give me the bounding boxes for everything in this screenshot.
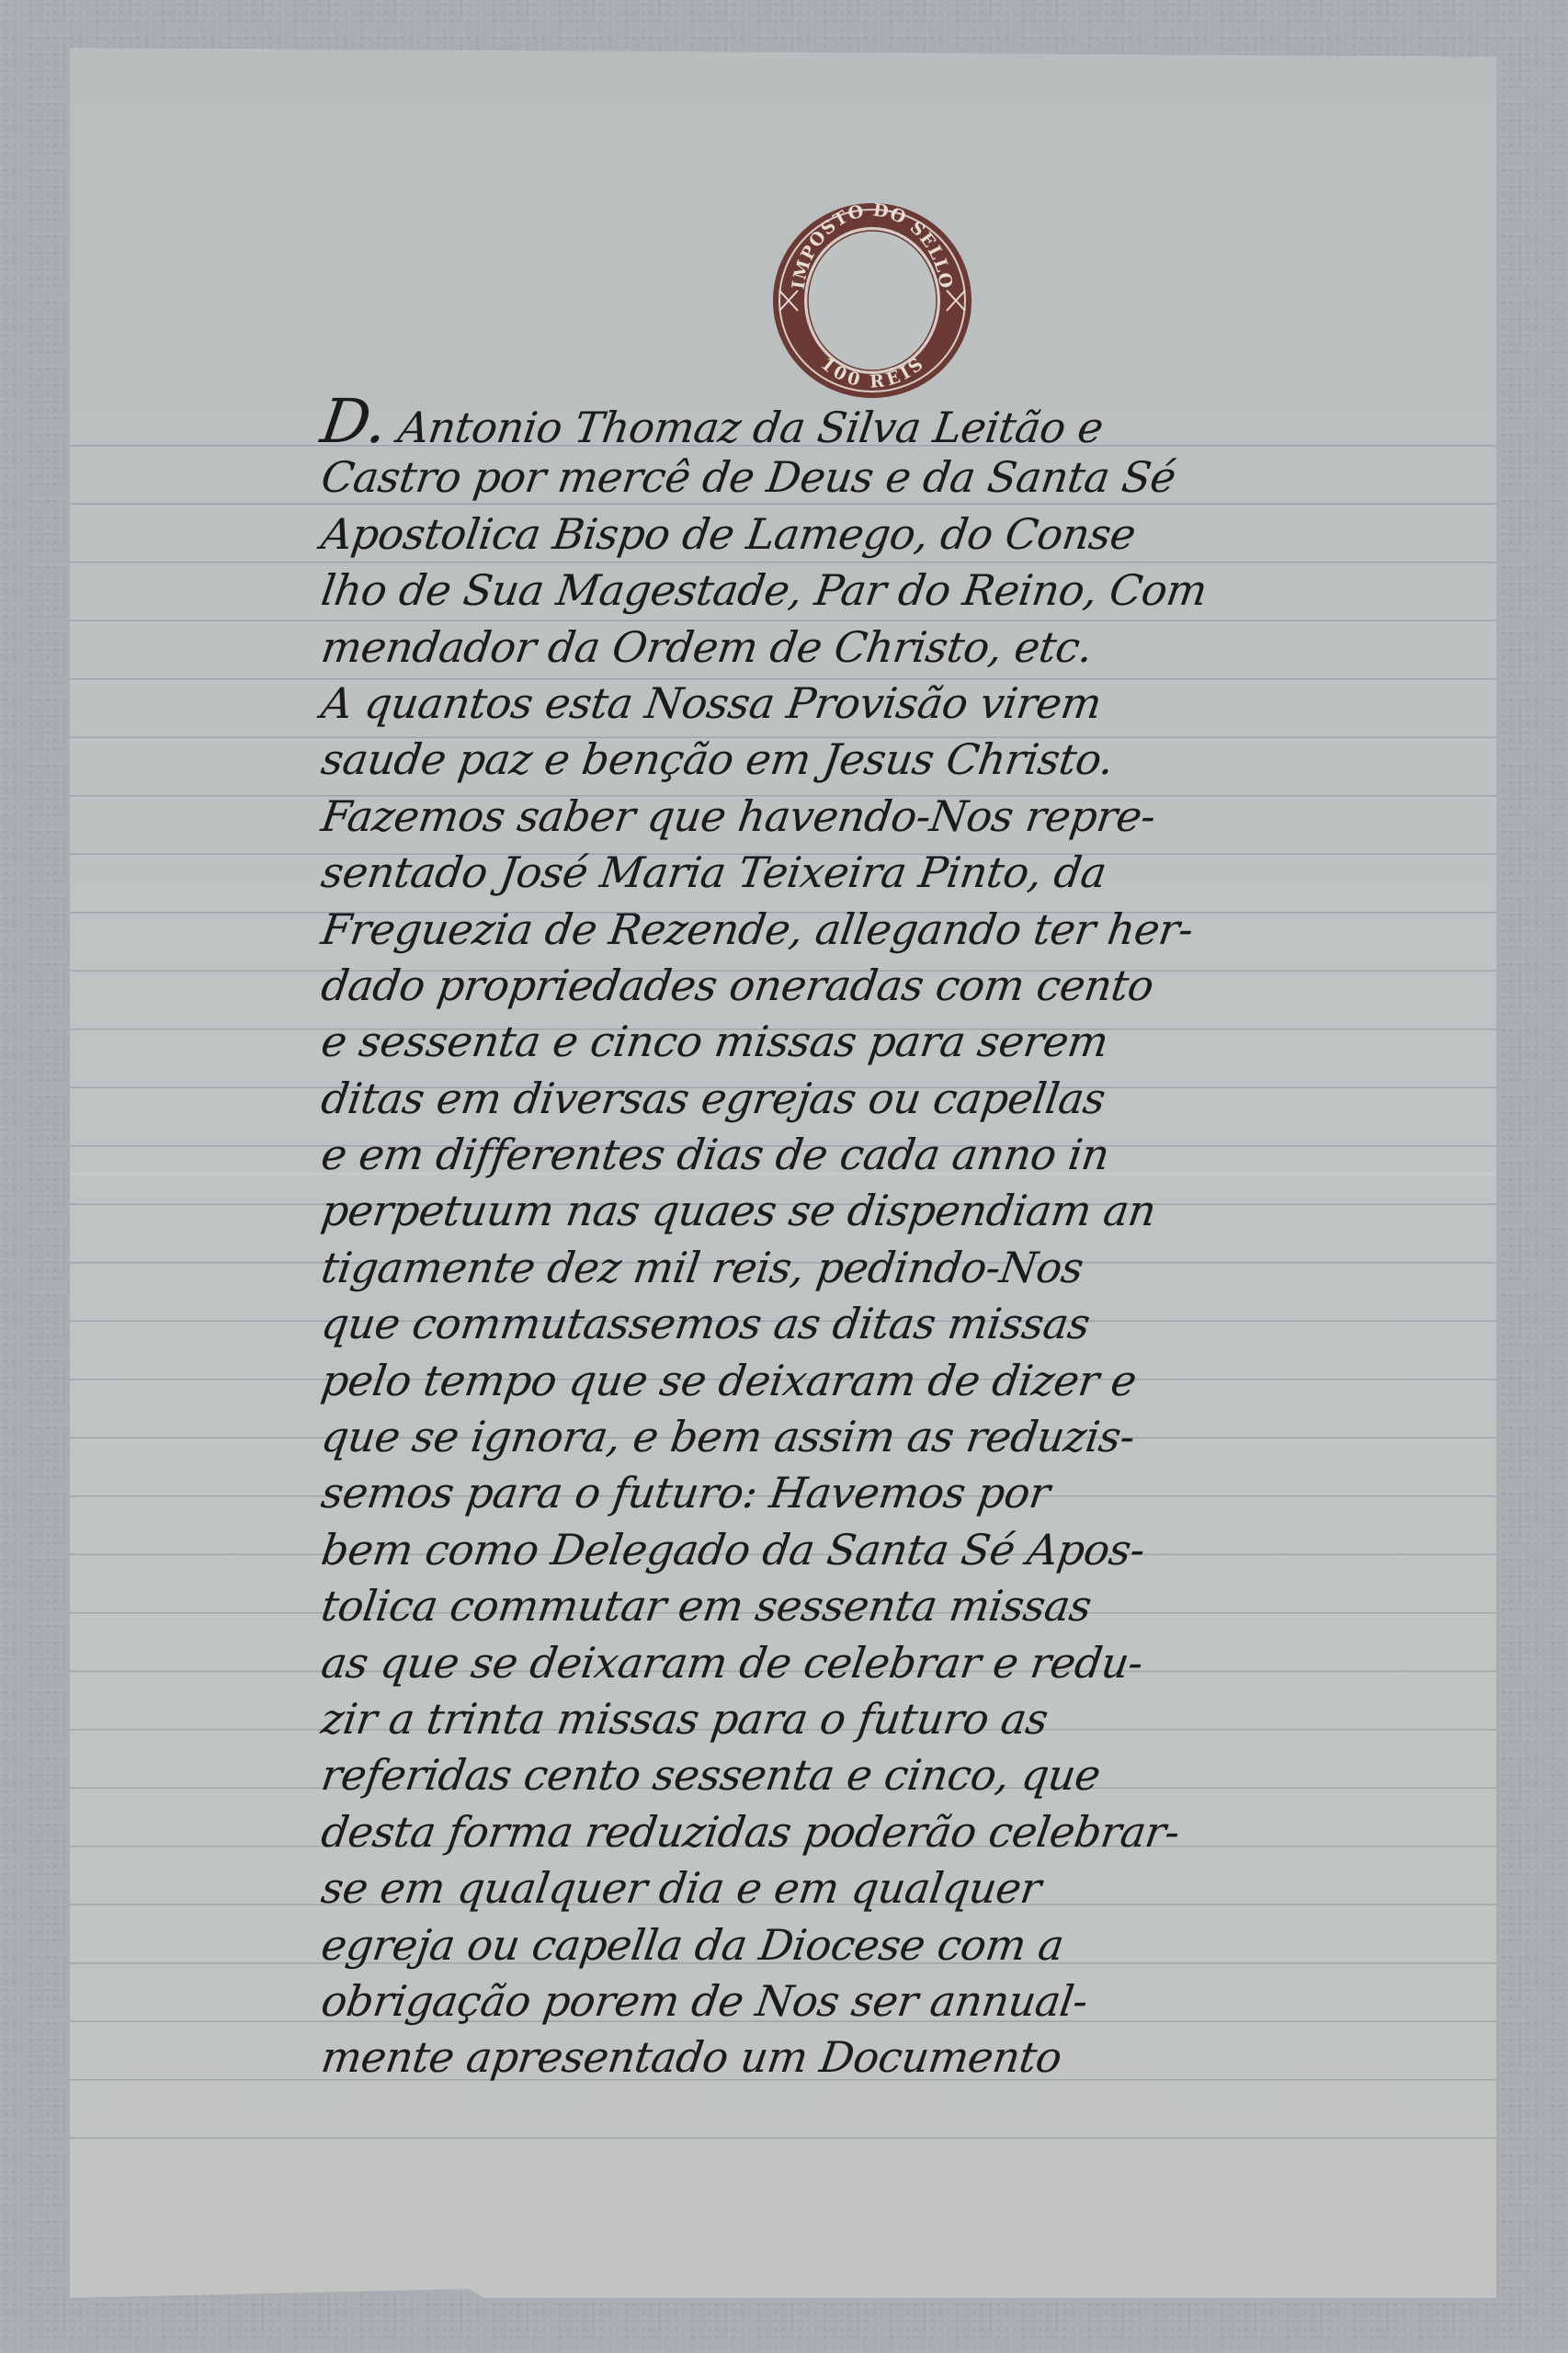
text-line: que commutassemos as ditas missas bbox=[318, 1296, 1512, 1352]
text-line: Castro por mercê de Deus e da Santa Sé bbox=[318, 449, 1512, 506]
text-line: e em differentes dias de cada anno in bbox=[318, 1127, 1512, 1183]
text-line: tolica commutar em sessenta missas bbox=[318, 1578, 1512, 1634]
text-line: Freguezia de Rezende, allegando ter her- bbox=[318, 902, 1512, 958]
text-line: mente apresentado um Documento bbox=[318, 2029, 1512, 2086]
text-line: A quantos esta Nossa Provisão virem bbox=[318, 676, 1512, 732]
text-line: desta forma reduzidas poderão celebrar- bbox=[318, 1804, 1512, 1860]
text-line: obrigação porem de Nos ser annual- bbox=[318, 1973, 1512, 2029]
text-line: sentado José Maria Teixeira Pinto, da bbox=[318, 845, 1512, 901]
text-line: saude paz e benção em Jesus Christo. bbox=[318, 732, 1512, 788]
text-line: mendador da Ordem de Christo, etc. bbox=[318, 620, 1512, 676]
text-line: D. Antonio Thomaz da Silva Leitão e bbox=[318, 393, 1512, 449]
text-line: egreja ou capella da Diocese com a bbox=[318, 1917, 1512, 1973]
text-line: semos para o futuro: Havemos por bbox=[318, 1465, 1512, 1521]
tax-stamp-icon: IMPOSTO DO SELLO 100 RÉIS bbox=[767, 199, 978, 403]
text-line: tigamente dez mil reis, pedindo-Nos bbox=[318, 1240, 1512, 1296]
handwritten-text: D. Antonio Thomaz da Silva Leitão e Cast… bbox=[322, 393, 1507, 2086]
text-line: se em qualquer dia e em qualquer bbox=[318, 1860, 1512, 1916]
text-line: Apostolica Bispo de Lamego, do Conse bbox=[318, 506, 1512, 563]
text-line: perpetuum nas quaes se dispendiam an bbox=[318, 1183, 1512, 1239]
text-line: pelo tempo que se deixaram de dizer e bbox=[318, 1353, 1512, 1409]
text-line: lho de Sua Magestade, Par do Reino, Com bbox=[318, 563, 1512, 619]
text-line: que se ignora, e bem assim as reduzis- bbox=[318, 1409, 1512, 1465]
text-line: ditas em diversas egrejas ou capellas bbox=[318, 1071, 1512, 1127]
text-line: referidas cento sessenta e cinco, que bbox=[318, 1747, 1512, 1803]
text-line: Fazemos saber que havendo-Nos repre- bbox=[318, 789, 1512, 845]
text-line: zir a trinta missas para o futuro as bbox=[318, 1691, 1512, 1747]
text-line: e sessenta e cinco missas para serem bbox=[318, 1014, 1512, 1070]
text-line: dado propriedades oneradas com cento bbox=[318, 958, 1512, 1014]
text-line: bem como Delegado da Santa Sé Apos- bbox=[318, 1522, 1512, 1578]
text-line: as que se deixaram de celebrar e redu- bbox=[318, 1635, 1512, 1691]
